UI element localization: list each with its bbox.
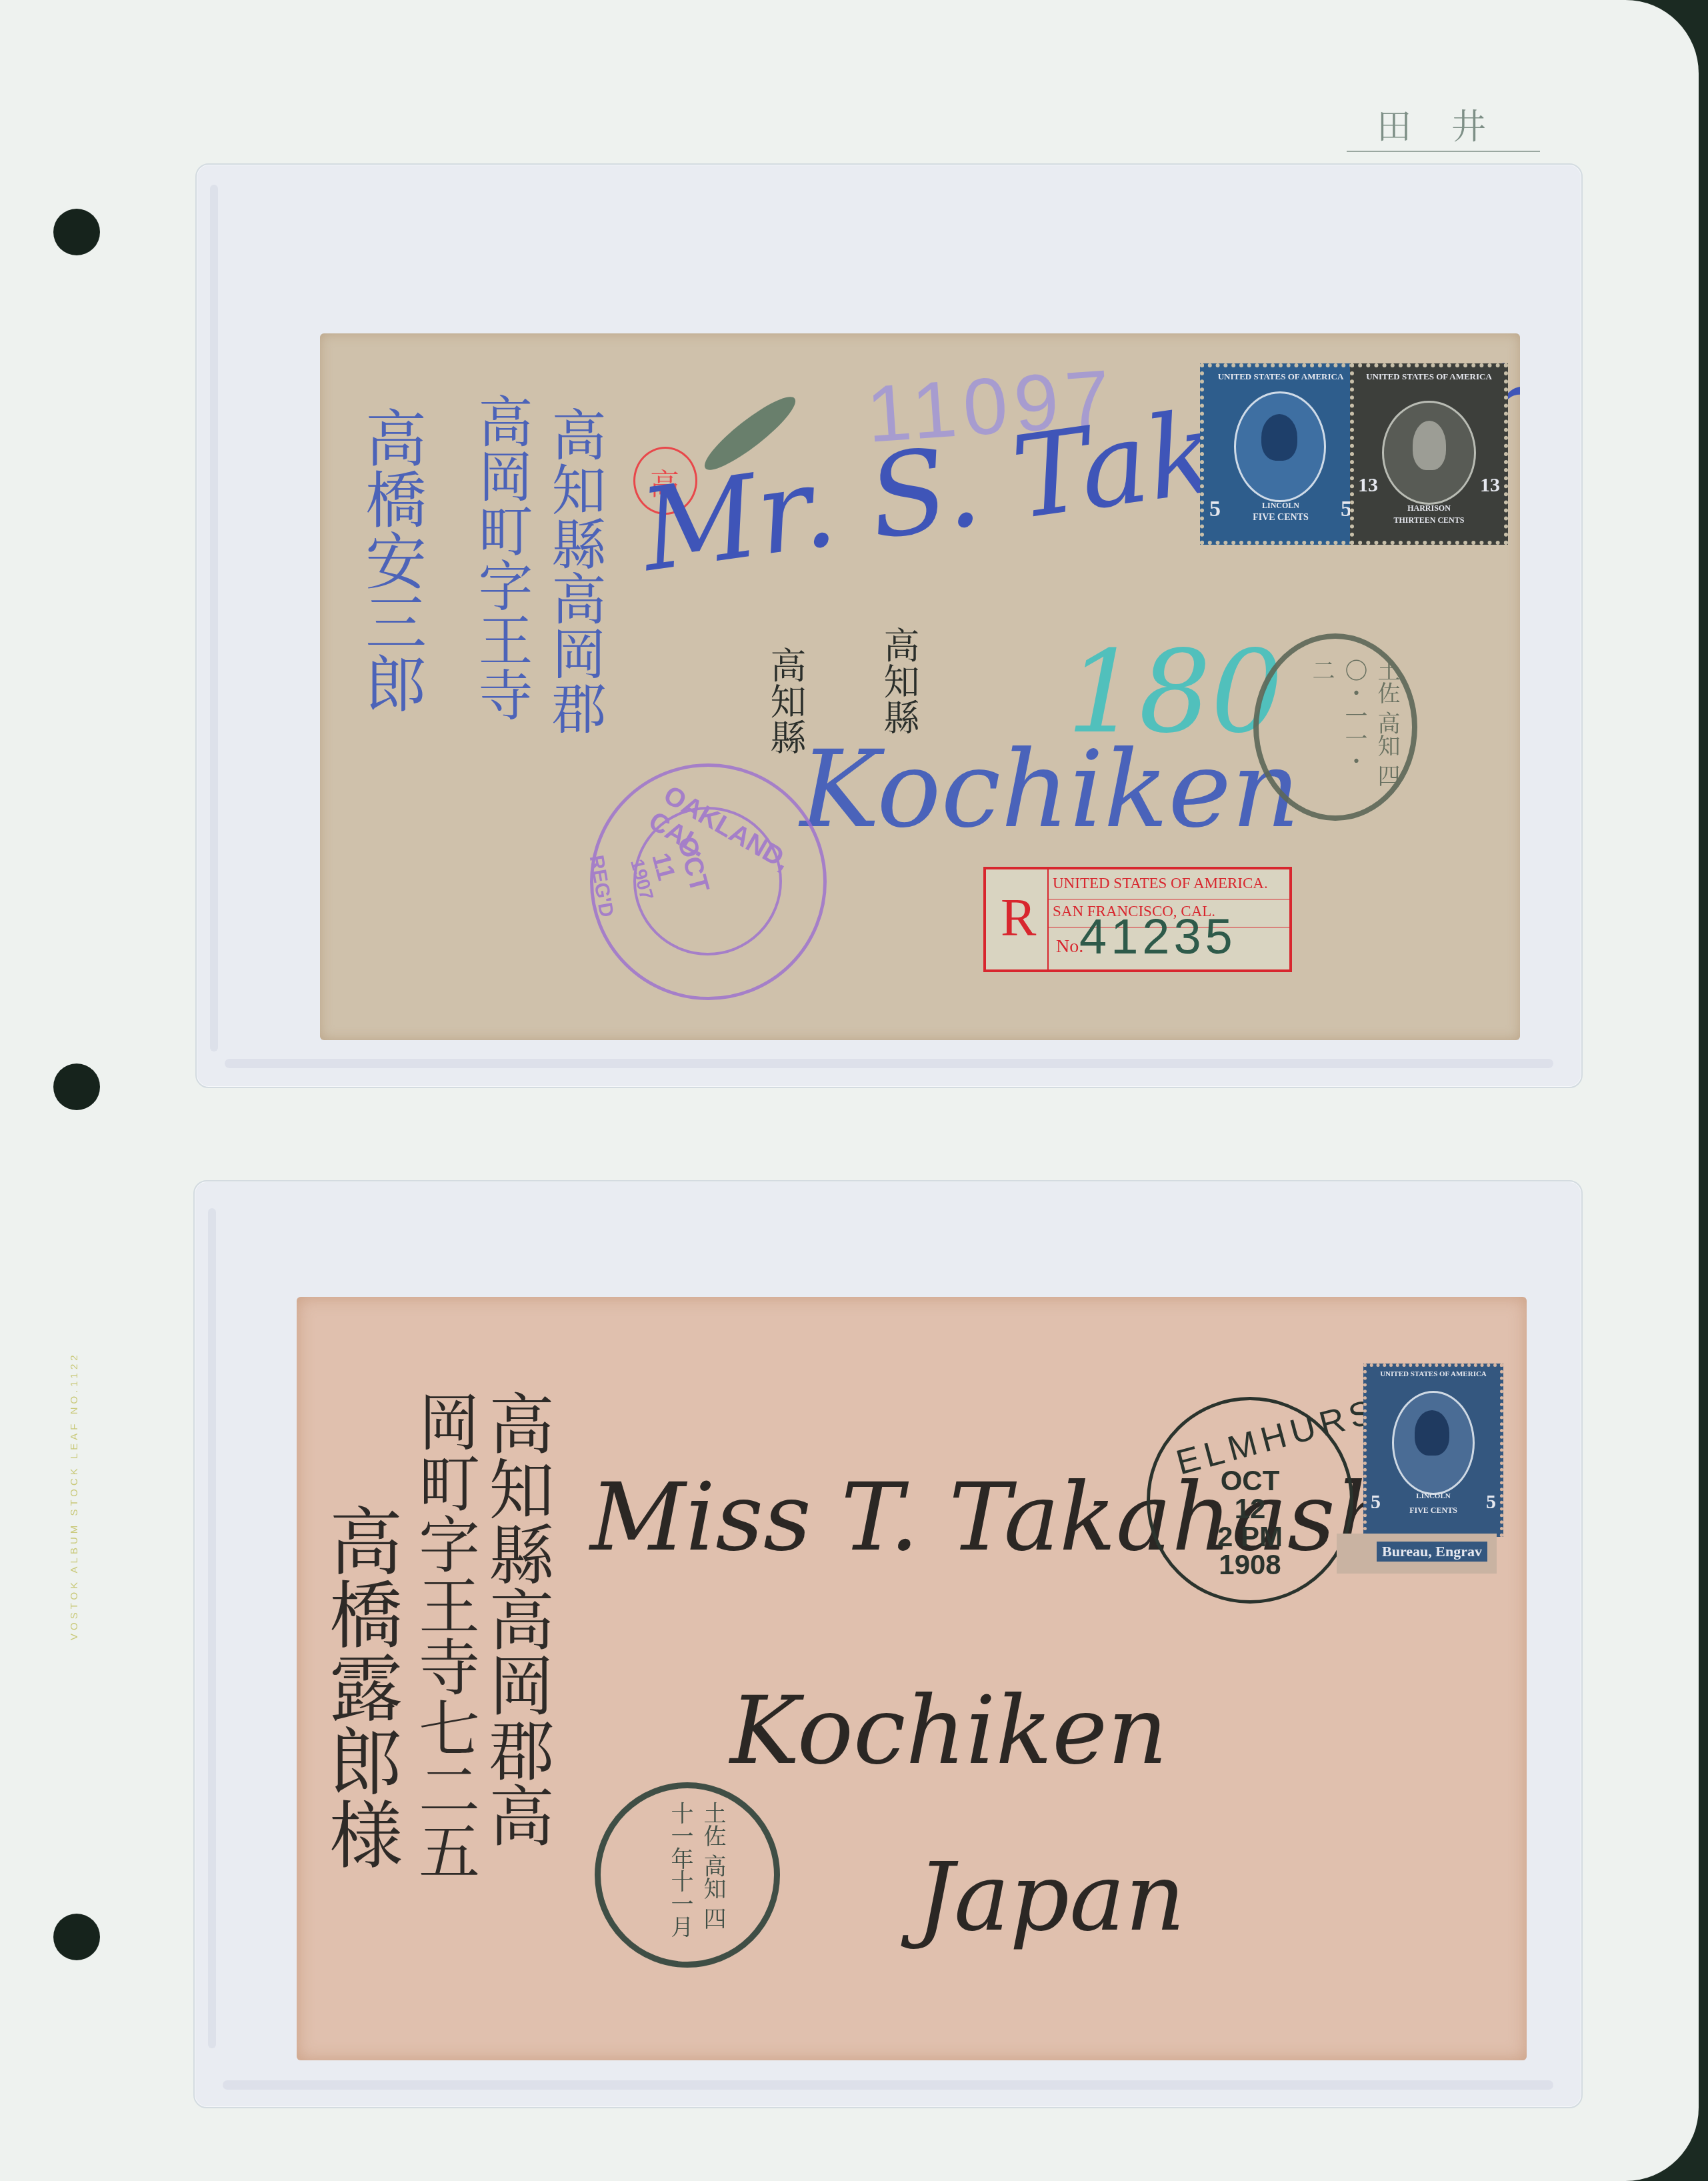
stamp-harrison-13c[interactable]: UNITED STATES OF AMERICA HARRISON THIRTE… xyxy=(1350,363,1508,545)
registration-label: R UNITED STATES OF AMERICA. SAN FRANCISC… xyxy=(983,867,1292,972)
pocket-rib xyxy=(225,1059,1553,1068)
pocket-rib xyxy=(208,1208,216,2048)
japanese-postmark: 土佐 高知 四十一年十一月 xyxy=(595,1782,780,1968)
japanese-postmark: 土佐 高知 四〇・一一・二 xyxy=(1253,633,1417,821)
sender-address-column: 高岡町字王寺 xyxy=(473,393,528,721)
kanji-annotation: 高知縣 xyxy=(873,627,925,735)
sender-address-column: 高知縣高岡郡 xyxy=(547,407,601,735)
album-stock-leaf: 田井 VOSTOK ALBUM STOCK LEAF NO.1122 高橋安三郎… xyxy=(0,0,1699,2181)
sender-address-column: 高知縣高岡郡高 xyxy=(483,1390,549,1848)
owner-label: 田井 xyxy=(1347,93,1540,152)
sender-name-column: 高橋安三郎 xyxy=(360,407,421,713)
sender-address-column: 岡町字王寺七二五 xyxy=(413,1390,475,1881)
leaf-imprint: VOSTOK ALBUM STOCK LEAF NO.1122 xyxy=(55,1327,82,1640)
destination: Kochiken xyxy=(730,1677,1167,1786)
sender-name-column: 高橋露郎様 xyxy=(323,1504,397,1870)
destination: Kochiken xyxy=(800,727,1300,851)
stamp-lincoln-5c[interactable]: UNITED STATES OF AMERICA LINCOLN FIVE CE… xyxy=(1200,363,1361,545)
pocket-rib xyxy=(210,185,218,1051)
owner-name: 田井 xyxy=(1377,99,1526,149)
registration-number: 41235 xyxy=(1079,908,1237,965)
stamp-selvage: Bureau, Engrav xyxy=(1337,1534,1497,1574)
stamp-lincoln-5c[interactable]: UNITED STATES OF AMERICA LINCOLN FIVE CE… xyxy=(1363,1364,1503,1537)
punch-hole xyxy=(53,209,100,255)
cover-1[interactable]: 高橋安三郎 高岡町字王寺 高知縣高岡郡 高 11097 Mr. S. Takah… xyxy=(320,333,1520,1040)
punch-hole xyxy=(53,1063,100,1110)
cover-2[interactable]: 高橋露郎様 岡町字王寺七二五 高知縣高岡郡高 Miss T. Takahashi… xyxy=(297,1297,1527,2060)
imprint-text: VOSTOK ALBUM STOCK LEAF NO.1122 xyxy=(69,1352,80,1640)
punch-hole xyxy=(53,1914,100,1960)
oakland-postmark: OAKLAND, CAL. REG'D OCT 11 1907 xyxy=(590,763,827,1000)
pocket-rib xyxy=(223,2080,1553,2090)
elmhurst-postmark: ELMHURST OCT 12 2 PM 1908 xyxy=(1147,1397,1353,1604)
destination-line2: Japan xyxy=(917,1844,1185,1952)
